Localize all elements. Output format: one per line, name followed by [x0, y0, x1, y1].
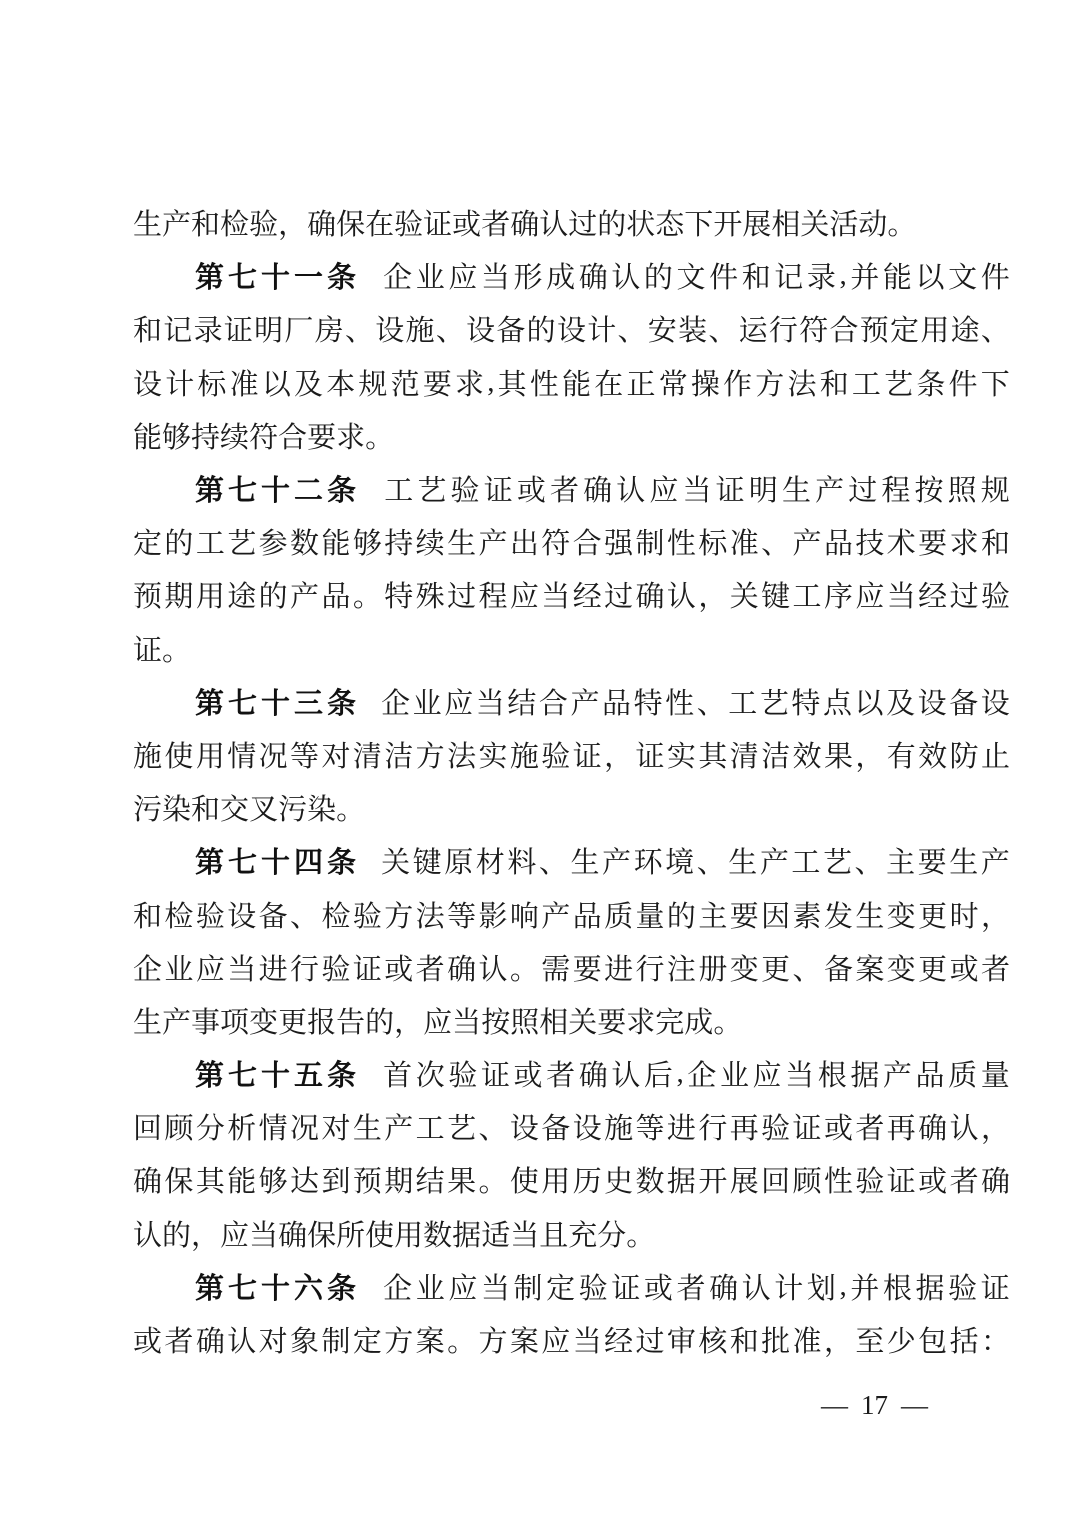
text-line: 第七十二条工艺验证或者确认应当证明生产过程按照规 — [133, 462, 1010, 515]
text-line: 证。 — [133, 622, 1010, 675]
footer-dash-left: — — [821, 1390, 848, 1421]
text-line: 第七十一条企业应当形成确认的文件和记录,并能以文件 — [133, 249, 1010, 302]
text-line: 和检验设备、检验方法等影响产品质量的主要因素发生变更时， — [133, 887, 1010, 940]
text-line: 和记录证明厂房、设施、设备的设计、安装、运行符合预定用途、 — [133, 302, 1010, 355]
text-line: 污染和交叉污染。 — [133, 781, 1010, 834]
document-body: 生产和检验，确保在验证或者确认过的状态下开展相关活动。第七十一条企业应当形成确认… — [133, 196, 1010, 1366]
article-number: 第七十四条 — [195, 840, 360, 881]
text-line: 企业应当进行验证或者确认。需要进行注册变更、备案变更或者 — [133, 941, 1010, 994]
text-line: 能够持续符合要求。 — [133, 409, 1010, 462]
text-line: 或者确认对象制定方案。方案应当经过审核和批准，至少包括： — [133, 1313, 1010, 1366]
text-line: 预期用途的产品。特殊过程应当经过确认，关键工序应当经过验 — [133, 568, 1010, 621]
article-number: 第七十三条 — [195, 681, 360, 722]
article-number: 第七十五条 — [195, 1053, 360, 1094]
text-line: 第七十三条企业应当结合产品特性、工艺特点以及设备设 — [133, 675, 1010, 728]
text-line: 第七十四条关键原材料、生产环境、生产工艺、主要生产 — [133, 834, 1010, 887]
page-footer: — 17 — — [821, 1390, 928, 1421]
text-line: 定的工艺参数能够持续生产出符合强制性标准、产品技术要求和 — [133, 515, 1010, 568]
text-line: 第七十五条首次验证或者确认后,企业应当根据产品质量 — [133, 1047, 1010, 1100]
article-number: 第七十二条 — [195, 468, 360, 509]
text-line: 设计标准以及本规范要求,其性能在正常操作方法和工艺条件下 — [133, 356, 1010, 409]
text-line: 生产和检验，确保在验证或者确认过的状态下开展相关活动。 — [133, 196, 1010, 249]
text-line: 施使用情况等对清洁方法实施验证，证实其清洁效果，有效防止 — [133, 728, 1010, 781]
article-number: 第七十六条 — [195, 1266, 360, 1307]
footer-dash-right: — — [901, 1390, 928, 1421]
text-line: 回顾分析情况对生产工艺、设备设施等进行再验证或者再确认， — [133, 1100, 1010, 1153]
text-line: 第七十六条企业应当制定验证或者确认计划,并根据验证 — [133, 1260, 1010, 1313]
document-page: 生产和检验，确保在验证或者确认过的状态下开展相关活动。第七十一条企业应当形成确认… — [0, 0, 1080, 1527]
page-number: 17 — [861, 1390, 888, 1421]
text-line: 生产事项变更报告的，应当按照相关要求完成。 — [133, 994, 1010, 1047]
article-number: 第七十一条 — [195, 255, 360, 296]
text-line: 确保其能够达到预期结果。使用历史数据开展回顾性验证或者确 — [133, 1153, 1010, 1206]
text-line: 认的，应当确保所使用数据适当且充分。 — [133, 1207, 1010, 1260]
